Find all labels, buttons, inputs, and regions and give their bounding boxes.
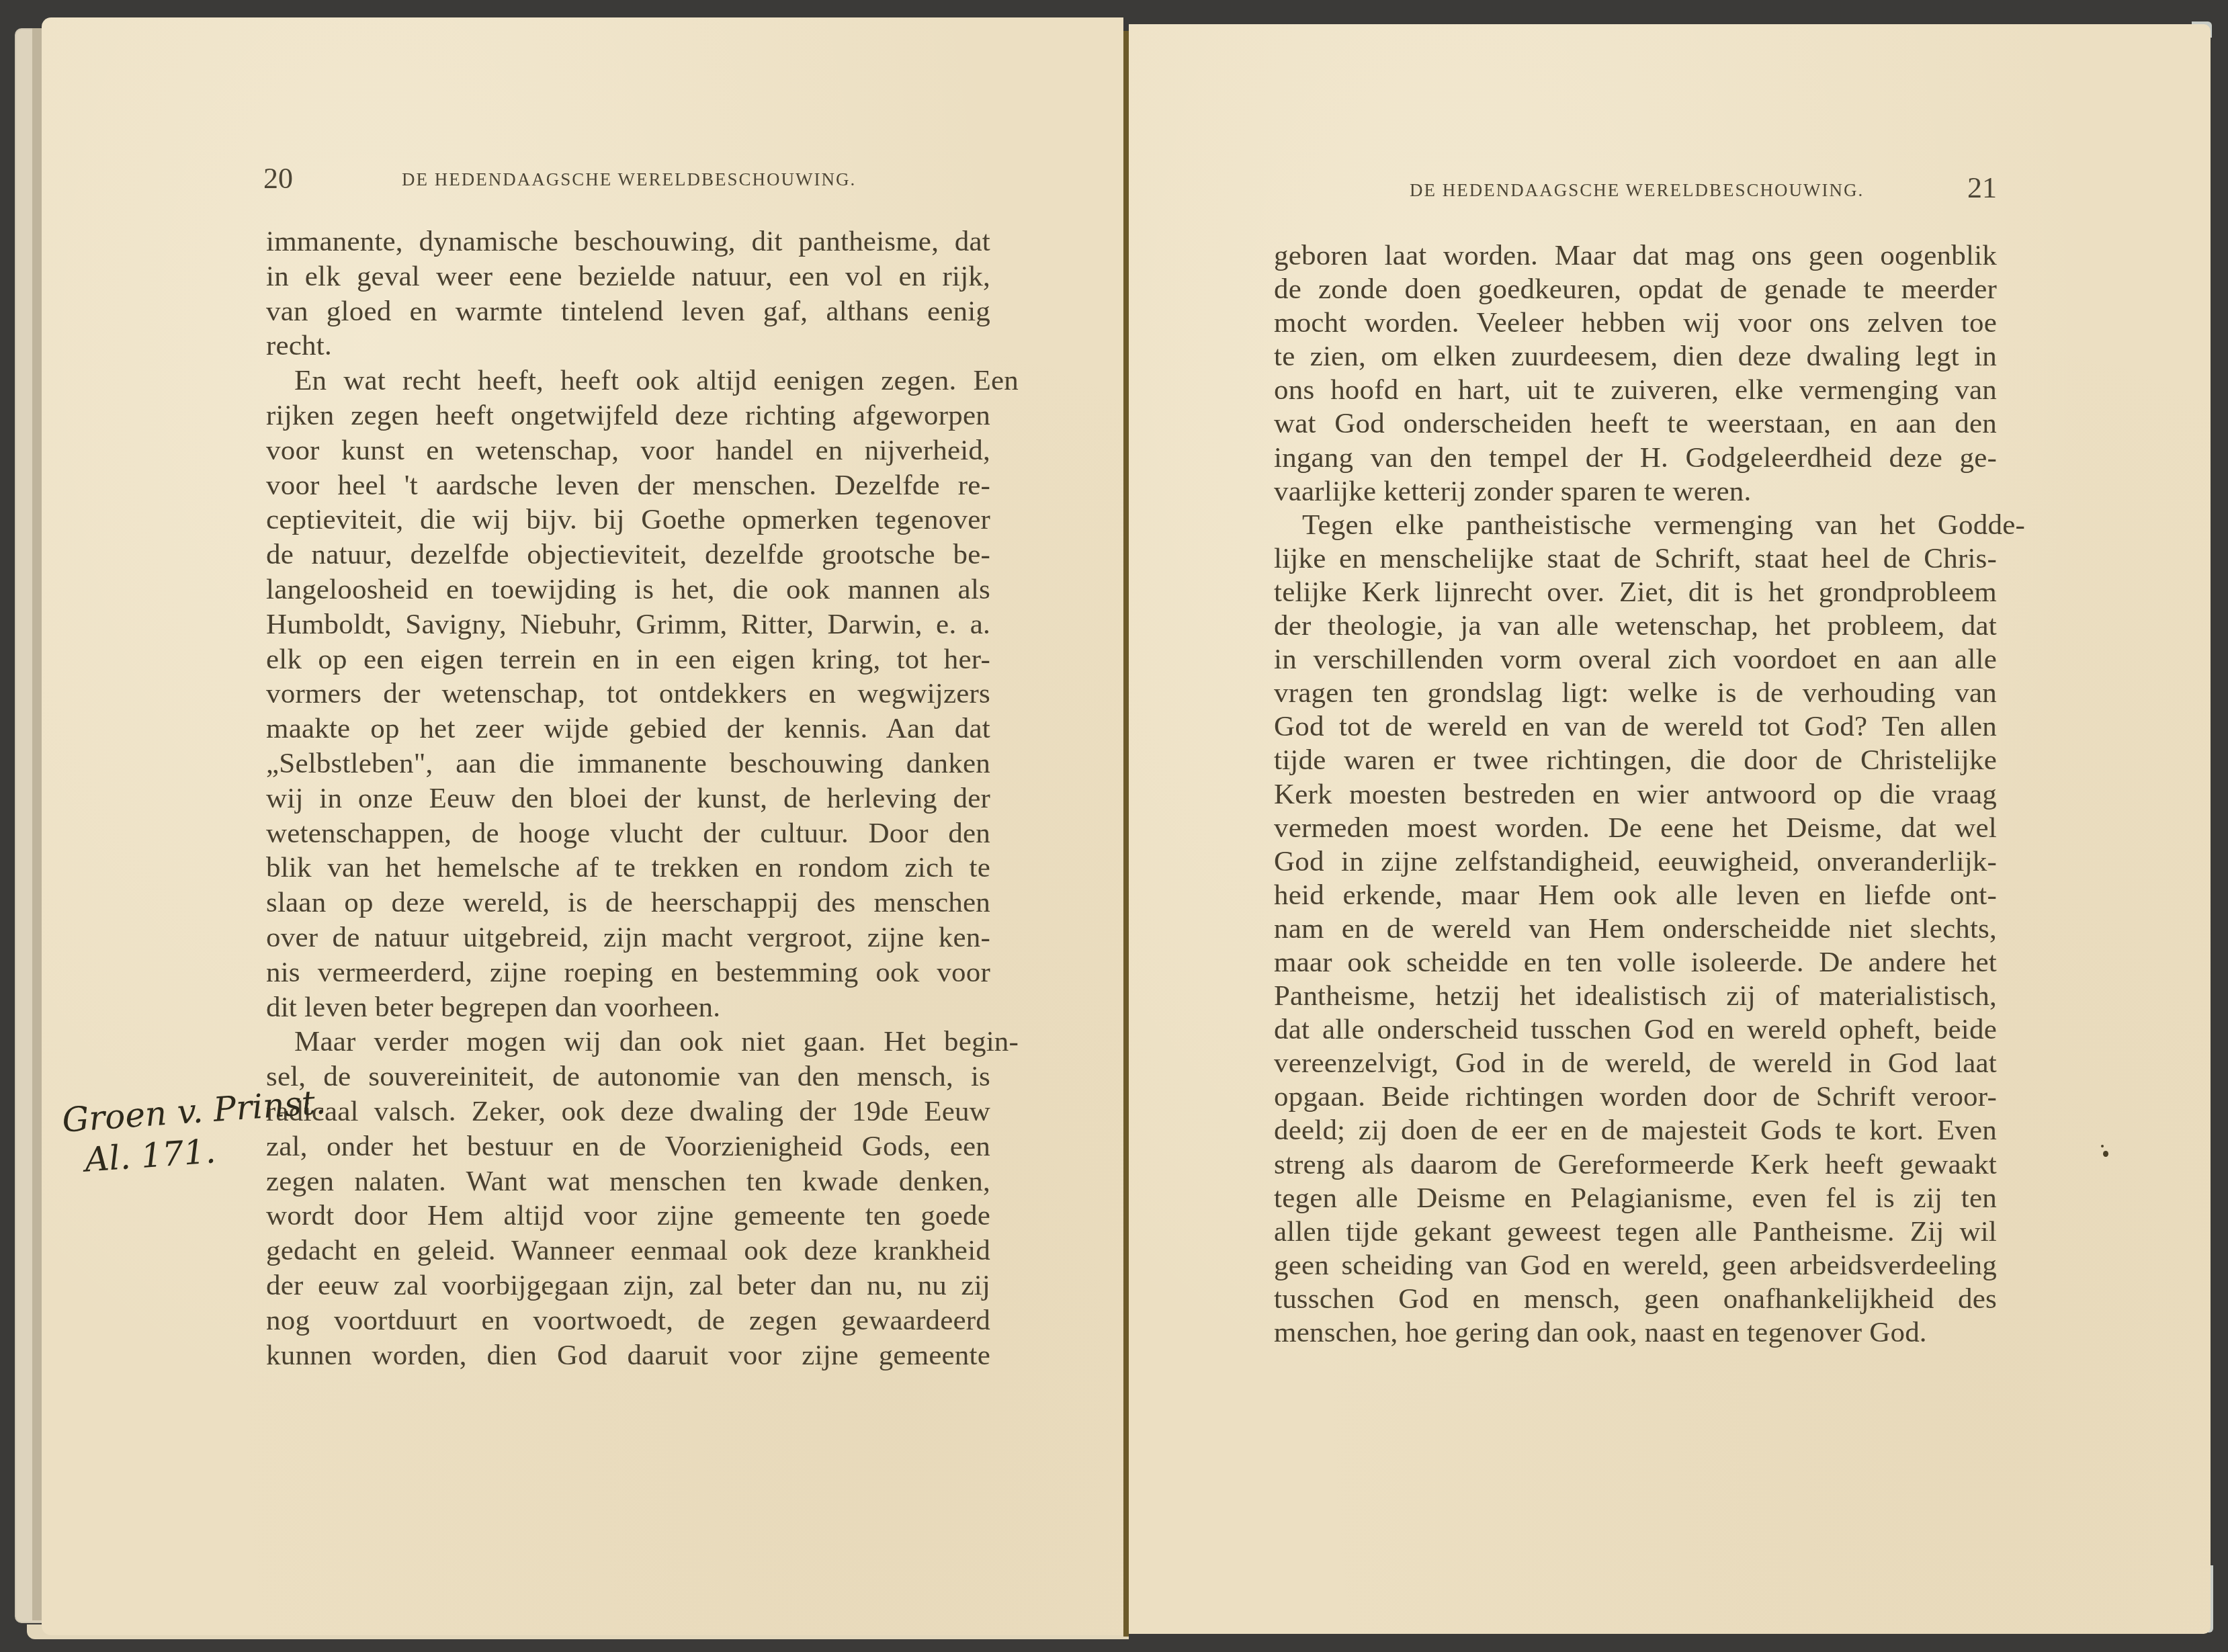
text-line: wat God onderscheiden heeft te weerstaan…: [1274, 407, 1997, 441]
text-line: der eeuw zal voorbijgegaan zijn, zal bet…: [266, 1268, 990, 1303]
text-line: de natuur, dezelfde objectieviteit, deze…: [266, 537, 990, 572]
text-line: nog voortduurt en voortwoedt, de zegen g…: [266, 1303, 990, 1338]
text-line: heid erkende, maar Hem ook alle leven en…: [1274, 879, 1997, 912]
text-line: vragen ten grondslag ligt: welke is de v…: [1274, 677, 1997, 710]
text-line: God tot de wereld en van de wereld tot G…: [1274, 710, 1997, 744]
ink-speck: [2101, 1145, 2104, 1147]
text-line: telijke Kerk lijnrecht over. Ziet, dit i…: [1274, 576, 1997, 609]
text-line: in elk geval weer eene bezielde natuur, …: [266, 259, 990, 294]
text-line: zegen nalaten. Want wat menschen ten kwa…: [266, 1164, 990, 1199]
text-line: kunnen worden, dien God daaruit voor zij…: [266, 1338, 990, 1373]
text-line: elk op een eigen terrein en in een eigen…: [266, 642, 990, 677]
book-gutter: [1123, 31, 1129, 1637]
text-line: van gloed en warmte tintelend leven gaf,…: [266, 294, 990, 329]
right-page-body: geboren laat worden. Maar dat mag ons ge…: [1274, 239, 2025, 1350]
text-line: lijke en menschelijke staat de Schrift, …: [1274, 542, 1997, 576]
text-line: geen scheiding van God en wereld, geen a…: [1274, 1249, 1997, 1283]
text-line: wetenschappen, de hooge vlucht der cultu…: [266, 816, 990, 851]
text-line: Kerk moesten bestreden en wier antwoord …: [1274, 778, 1997, 812]
text-line: vormers der wetenschap, tot ontdekkers e…: [266, 677, 990, 711]
text-line: vereenzelvigt, God in de wereld, de were…: [1274, 1047, 1997, 1080]
text-line: dit leven beter begrepen dan voorheen.: [266, 990, 990, 1025]
ink-speck: [2103, 1151, 2108, 1157]
text-line: „Selbstleben", aan die immanente beschou…: [266, 746, 990, 781]
text-line: recht.: [266, 329, 990, 363]
left-page-body: immanente, dynamische beschouwing, dit p…: [266, 224, 1019, 1373]
text-line: slaan op deze wereld, is de heerschappij…: [266, 885, 990, 920]
text-line: gedacht en geleid. Wanneer eenmaal ook d…: [266, 1233, 990, 1268]
text-line: Maar verder mogen wij dan ook niet gaan.…: [266, 1025, 1019, 1059]
right-page-number: 21: [1967, 171, 1997, 205]
left-page-number: 20: [263, 161, 293, 195]
text-line: ceptieviteit, die wij bijv. bij Goethe o…: [266, 503, 990, 537]
left-running-title: DE HEDENDAAGSCHE WERELDBESCHOUWING.: [402, 169, 856, 190]
text-line: te zien, om elken zuurdeesem, dien deze …: [1274, 340, 1997, 374]
text-line: ingang van den tempel der H. Godgeleerdh…: [1274, 441, 1997, 475]
text-line: tegen alle Deisme en Pelagianisme, even …: [1274, 1182, 1997, 1215]
text-line: blik van het hemelsche af te trekken en …: [266, 851, 990, 885]
text-line: menschen, hoe gering dan ook, naast en t…: [1274, 1316, 1997, 1350]
text-line: voor heel 't aardsche leven der menschen…: [266, 468, 990, 503]
text-line: allen tijde gekant geweest tegen alle Pa…: [1274, 1215, 1997, 1249]
text-line: opgaan. Beide richtingen worden door de …: [1274, 1080, 1997, 1114]
text-line: zal, onder het bestuur en de Voorzienigh…: [266, 1129, 990, 1164]
text-line: nis vermeerderd, zijne roeping en bestem…: [266, 955, 990, 990]
text-line: langeloosheid en toewijding is het, die …: [266, 572, 990, 607]
text-line: immanente, dynamische beschouwing, dit p…: [266, 224, 990, 259]
text-line: deeld; zij doen de eer en de majesteit G…: [1274, 1114, 1997, 1147]
text-line: rijken zegen heeft ongetwijfeld deze ric…: [266, 398, 990, 433]
text-line: over de natuur uitgebreid, zijn macht ve…: [266, 920, 990, 955]
text-line: sel, de souvereiniteit, de autonomie van…: [266, 1059, 990, 1094]
text-line: de zonde doen goedkeuren, opdat de genad…: [1274, 273, 1997, 306]
text-line: der theologie, ja van alle wetenschap, h…: [1274, 609, 1997, 643]
text-line: wij in onze Eeuw den bloei der kunst, de…: [266, 781, 990, 816]
text-line: tijde waren er twee richtingen, die door…: [1274, 744, 1997, 777]
text-line: geboren laat worden. Maar dat mag ons ge…: [1274, 239, 1997, 273]
text-line: maar ook scheidde en ten volle isoleerde…: [1274, 946, 1997, 980]
text-line: radicaal valsch. Zeker, ook deze dwaling…: [266, 1094, 990, 1129]
text-line: tusschen God en mensch, geen onafhankeli…: [1274, 1283, 1997, 1316]
text-line: vermeden moest worden. De eene het Deism…: [1274, 812, 1997, 845]
text-line: in verschillenden vorm overal zich voord…: [1274, 643, 1997, 677]
text-line: mocht worden. Veeleer hebben wij voor on…: [1274, 306, 1997, 340]
text-line: maakte op het zeer wijde gebied der kenn…: [266, 711, 990, 746]
text-line: En wat recht heeft, heeft ook altijd een…: [266, 363, 1019, 398]
text-line: nam en de wereld van Hem onderscheidde n…: [1274, 912, 1997, 946]
text-line: vaarlijke ketterij zonder sparen te were…: [1274, 475, 1997, 509]
text-line: Tegen elke pantheistische vermenging van…: [1274, 509, 2025, 542]
text-line: wordt door Hem altijd voor zijne gemeent…: [266, 1199, 990, 1233]
text-line: Pantheisme, hetzij het idealistisch zij …: [1274, 980, 1997, 1013]
text-line: voor kunst en wetenschap, voor handel en…: [266, 433, 990, 468]
text-line: Humboldt, Savigny, Niebuhr, Grimm, Ritte…: [266, 607, 990, 642]
text-line: streng als daarom de Gereformeerde Kerk …: [1274, 1148, 1997, 1182]
text-line: dat alle onderscheid tusschen God en wer…: [1274, 1013, 1997, 1047]
text-line: God in zijne zelfstandigheid, eeuwigheid…: [1274, 845, 1997, 879]
text-line: ons hoofd en hart, uit te zuiveren, elke…: [1274, 374, 1997, 407]
right-running-title: DE HEDENDAAGSCHE WERELDBESCHOUWING.: [1410, 180, 1864, 201]
